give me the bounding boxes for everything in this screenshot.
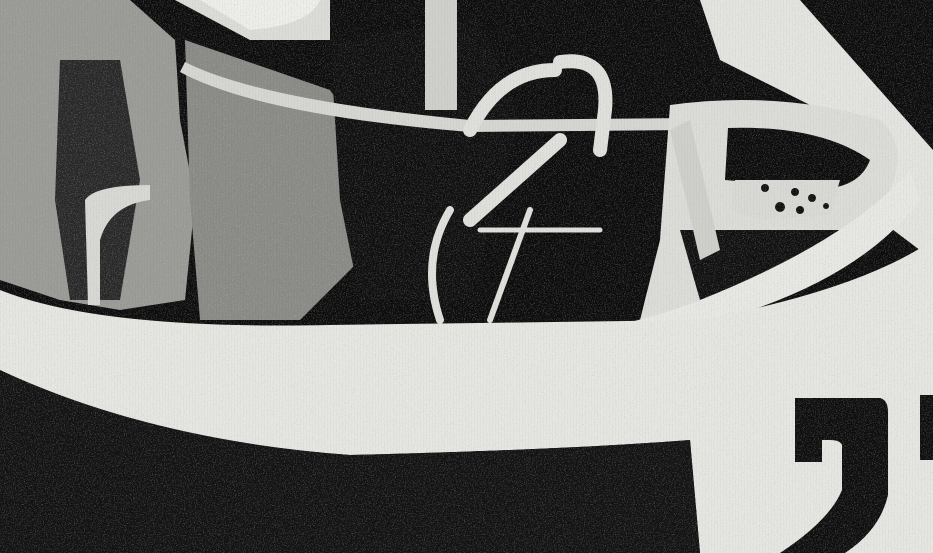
race-car-photo — [0, 0, 933, 553]
